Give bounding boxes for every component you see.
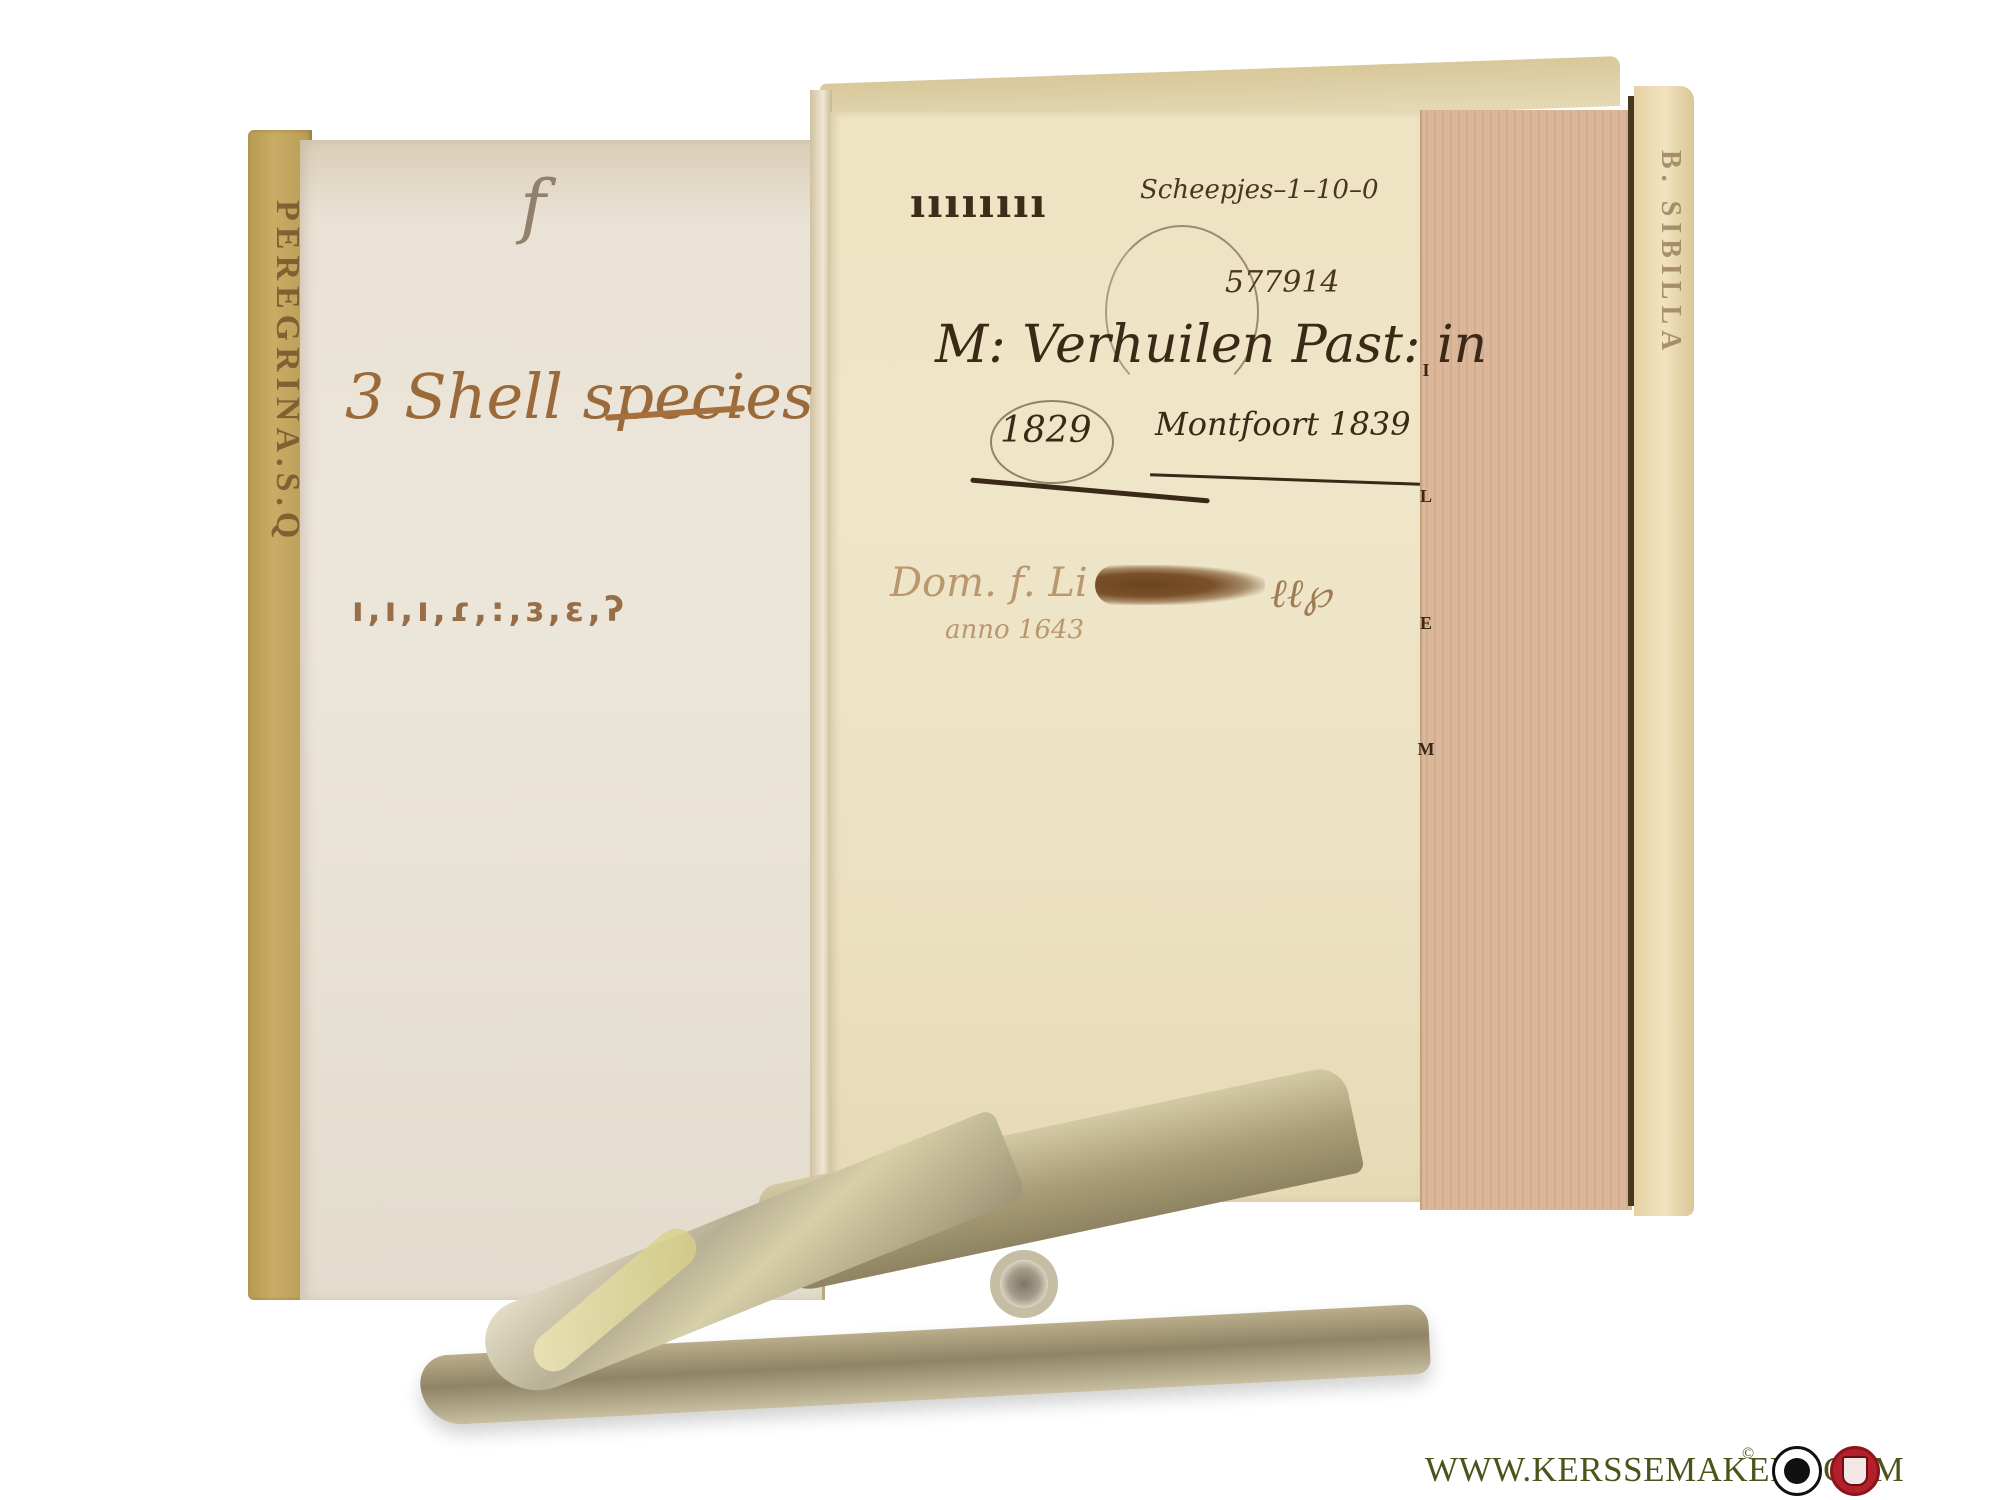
nvva-logo-icon	[1772, 1446, 1822, 1496]
left-spine-title: PEREGRINA.S.Q	[256, 200, 306, 620]
ink-scribble	[1095, 565, 1265, 605]
fore-edge-letter: L	[1420, 486, 1432, 507]
fore-edge-letter: E	[1420, 613, 1432, 634]
ink-scribble-tail: ℓℓ℘	[1270, 570, 1331, 617]
right-spine-title: B. SIBILLA	[1642, 150, 1686, 410]
ilab-logo-shield	[1842, 1456, 1868, 1486]
pencil-mark: f	[520, 165, 546, 247]
fore-edge-letters: I L E M	[1416, 360, 1436, 760]
nvva-logo-emblem	[1784, 1458, 1810, 1484]
clip-pivot-rivet	[1000, 1260, 1048, 1308]
tally-marks: ıııııııı	[910, 180, 1048, 227]
book-gutter	[810, 90, 832, 1210]
book-fore-edge	[1420, 110, 1632, 1210]
fore-edge-letter: M	[1418, 739, 1435, 760]
faded-year: anno 1643	[945, 615, 1084, 645]
price-note: Scheepjes–1–10–0	[1140, 175, 1379, 205]
circled-year: 1829	[1000, 410, 1092, 451]
book-pastedown-page	[300, 140, 825, 1300]
owner-inscription: M: Verhuilen Past: in	[935, 315, 1487, 375]
faded-inscription: Dom. f. Li	[890, 560, 1088, 606]
copyright-icon: ©	[1742, 1445, 1754, 1463]
inscription-shell-species: 3 Shell species	[345, 360, 814, 433]
ilab-logo-icon	[1830, 1446, 1880, 1496]
catalog-number: 577914	[1225, 265, 1340, 300]
place-year: Montfoort 1839	[1155, 405, 1411, 443]
ink-marks: ı,ı,ı,ɾ,꞉,ɜ,ɛ,ʔ	[352, 590, 628, 630]
